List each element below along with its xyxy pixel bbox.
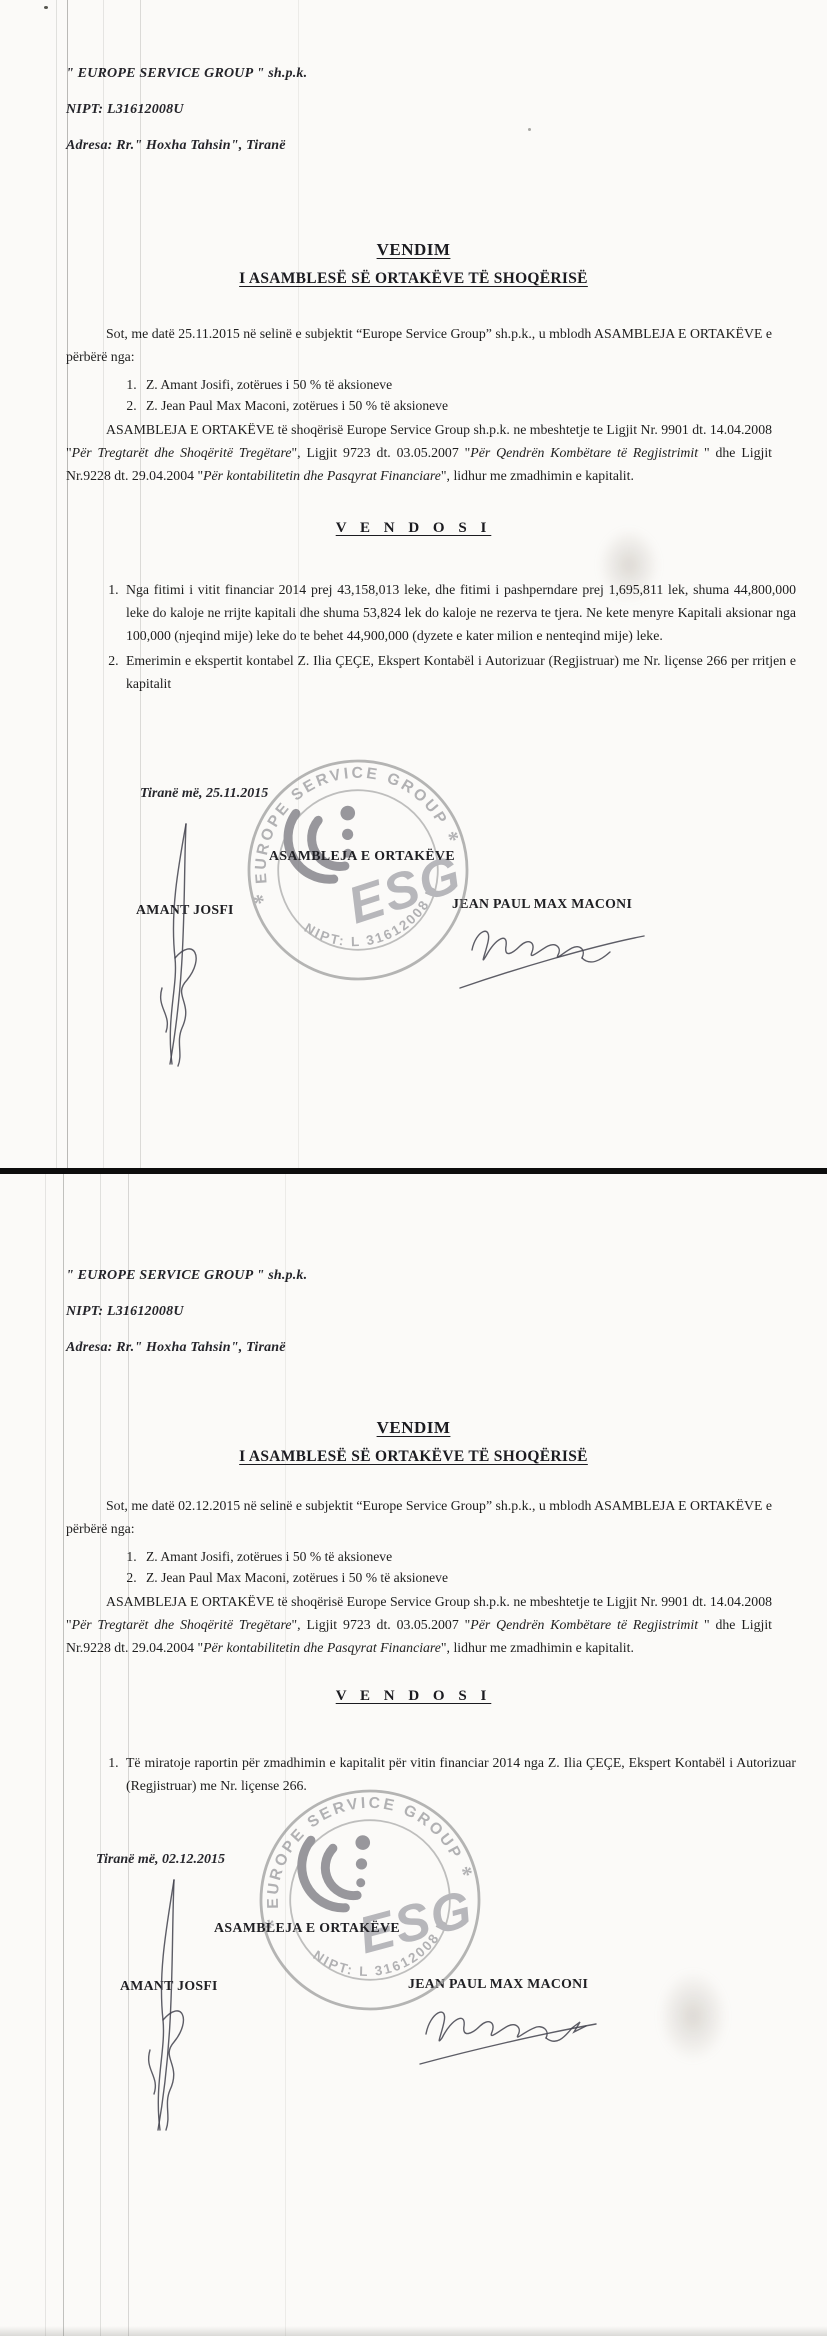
company-name: " EUROPE SERVICE GROUP " sh.p.k.	[66, 66, 307, 82]
scan-edge-shadow	[0, 2326, 827, 2336]
nipt-line: NIPT: L31612008U	[66, 102, 184, 118]
list-item: Z. Amant Josifi, zotërues i 50 % të aksi…	[140, 374, 740, 395]
list-item: Z. Jean Paul Max Maconi, zotërues i 50 %…	[140, 395, 740, 416]
signature-jean-paul-max-maconi	[452, 908, 652, 1003]
list-item: Emerimin e ekspertit kontabel Z. Ilia ÇE…	[122, 649, 796, 695]
legal-paragraph: ASAMBLEJA E ORTAKËVE të shoqërisë Europe…	[66, 418, 772, 487]
intro-paragraph: Sot, me datë 25.11.2015 në selinë e subj…	[66, 322, 772, 368]
signature-amant-josfi	[142, 818, 222, 1068]
scan-fold-line	[63, 1174, 64, 2336]
assembly-label: ASAMBLEJA E ORTAKËVE	[212, 848, 512, 864]
members-list: Z. Amant Josifi, zotërues i 50 % të aksi…	[118, 374, 740, 416]
text-segment: Për kontabilitetin dhe Pasqyrat Financia…	[203, 468, 441, 483]
address-line: Adresa: Rr." Hoxha Tahsin", Tiranë	[66, 138, 286, 154]
scan-fold-line	[56, 0, 57, 1168]
company-name: " EUROPE SERVICE GROUP " sh.p.k.	[66, 1268, 307, 1284]
resolution-heading: V E N D O S I	[0, 1688, 827, 1705]
list-item: Z. Jean Paul Max Maconi, zotërues i 50 %…	[140, 1567, 740, 1588]
decision-subtitle: I ASAMBLESË SË ORTAKËVE TË SHOQËRISË	[0, 1448, 827, 1466]
scanned-document-canvas: " EUROPE SERVICE GROUP " sh.p.k. NIPT: L…	[0, 0, 827, 2336]
scan-speck	[528, 128, 531, 131]
members-list: Z. Amant Josifi, zotërues i 50 % të aksi…	[118, 1546, 740, 1588]
signature-amant-josfi	[128, 1874, 208, 2134]
document-page-1: " EUROPE SERVICE GROUP " sh.p.k. NIPT: L…	[0, 0, 827, 1168]
text-segment: ", lidhur me zmadhimin e kapitalit.	[441, 468, 634, 483]
resolution-heading: V E N D O S I	[0, 520, 827, 537]
list-item: Z. Amant Josifi, zotërues i 50 % të aksi…	[140, 1546, 740, 1567]
stamp-star-icon: *	[251, 889, 269, 916]
assembly-label: ASAMBLEJA E ORTAKËVE	[152, 1920, 462, 1936]
address-line: Adresa: Rr." Hoxha Tahsin", Tiranë	[66, 1340, 286, 1356]
text-segment: ", Ligjit 9723 dt. 03.05.2007 "	[291, 445, 470, 460]
text-segment: Për Qendrën Kombëtare të Regjistrimit	[470, 445, 704, 460]
scan-fold-line	[45, 1174, 46, 2336]
intro-paragraph: Sot, me datë 02.12.2015 në selinë e subj…	[66, 1494, 772, 1540]
company-seal: EUROPE SERVICE GROUP NIPT: L 31612008 U …	[240, 752, 476, 988]
decision-subtitle: I ASAMBLESË SË ORTAKËVE TË SHOQËRISË	[0, 270, 827, 288]
text-segment: Për kontabilitetin dhe Pasqyrat Financia…	[203, 1640, 441, 1655]
text-segment: Për Tregtarët dhe Shoqëritë Tregëtare	[72, 1617, 292, 1632]
legal-paragraph: ASAMBLEJA E ORTAKËVE të shoqërisë Europe…	[66, 1590, 772, 1659]
text-segment: Për Qendrën Kombëtare të Regjistrimit	[470, 1617, 704, 1632]
text-segment: ", lidhur me zmadhimin e kapitalit.	[441, 1640, 634, 1655]
decision-title: VENDIM	[0, 1418, 827, 1438]
scan-fold-line	[67, 0, 68, 1168]
company-seal: EUROPE SERVICE GROUP NIPT: L 31612008 U …	[252, 1782, 488, 2018]
signature-jean-paul-max-maconi	[410, 1986, 610, 2081]
list-item: Nga fitimi i vitit financiar 2014 prej 4…	[122, 578, 796, 647]
text-segment: ", Ligjit 9723 dt. 03.05.2007 "	[291, 1617, 470, 1632]
nipt-line: NIPT: L31612008U	[66, 1304, 184, 1320]
date-line: Tiranë më, 02.12.2015	[96, 1852, 225, 1868]
resolutions-list: Nga fitimi i vitit financiar 2014 prej 4…	[98, 578, 796, 697]
text-segment: Për Tregtarët dhe Shoqëritë Tregëtare	[72, 445, 292, 460]
scan-smudge	[658, 1970, 728, 2062]
document-page-2: " EUROPE SERVICE GROUP " sh.p.k. NIPT: L…	[0, 1174, 827, 2336]
decision-title: VENDIM	[0, 240, 827, 260]
scan-speck	[44, 6, 48, 9]
